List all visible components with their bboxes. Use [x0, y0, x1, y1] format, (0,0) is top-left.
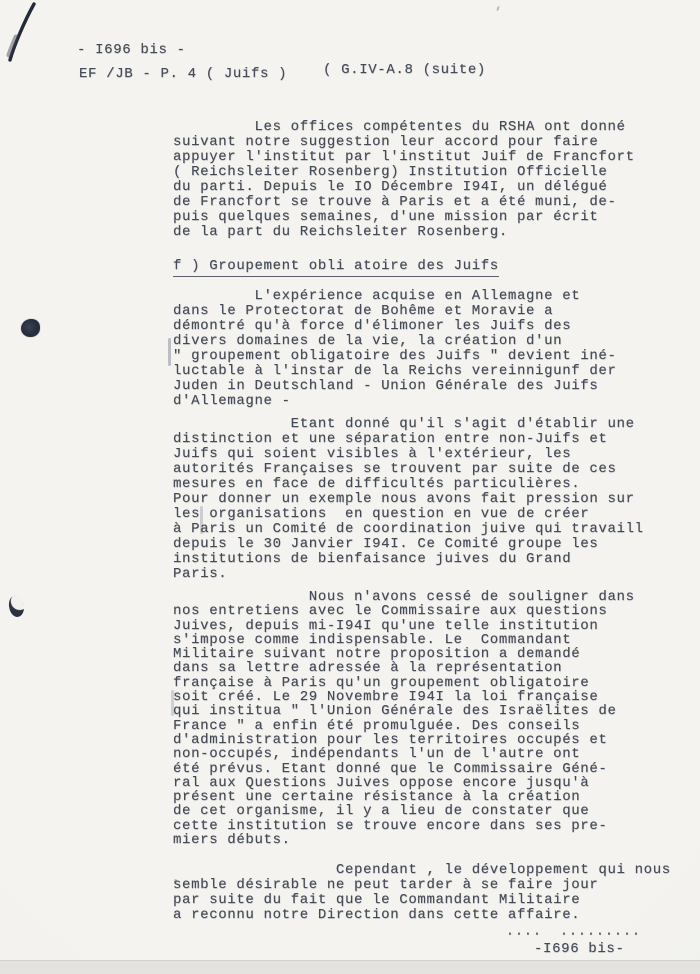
- section-heading-f: f ) Groupement obli atoire des Juifs: [173, 258, 499, 274]
- section-heading-text: f ) Groupement obli atoire des Juifs: [173, 258, 499, 277]
- footer-page-number: -I696 bis-: [534, 941, 625, 957]
- ink-speck: [496, 6, 500, 11]
- paragraph-cependant-developpement: Cependant , le développement qui nous se…: [173, 863, 671, 923]
- document-page: - I696 bis - EF /JB - P. 4 ( Juifs ) ( G…: [0, 0, 700, 974]
- paragraph-experience-allemagne: L'expérience acquise en Allemagne et dan…: [173, 289, 617, 409]
- footer-dotted-line: ···· ·········: [506, 926, 641, 941]
- paragraph-commissaire-questions-juives: Nous n'avons cessé de souligner dans nos…: [173, 590, 635, 847]
- ink-blot-icon: [21, 319, 40, 337]
- scan-edge-shadow: [0, 960, 700, 974]
- header-section-code: ( G.IV-A.8 (suite): [323, 62, 486, 78]
- margin-tick-mark: [168, 338, 171, 366]
- header-page-number: - I696 bis -: [77, 42, 186, 58]
- paragraph-distinction-separation: Etant donné qu'il s'agit d'établir une d…: [173, 417, 644, 582]
- paragraph-rsha-offices: Les offices compétentes du RSHA ont donn…: [173, 120, 635, 240]
- crescent-ink-icon: [8, 594, 26, 618]
- header-doc-code: EF /JB - P. 4 ( Juifs ): [79, 66, 287, 82]
- pen-slash-icon: [0, 0, 48, 68]
